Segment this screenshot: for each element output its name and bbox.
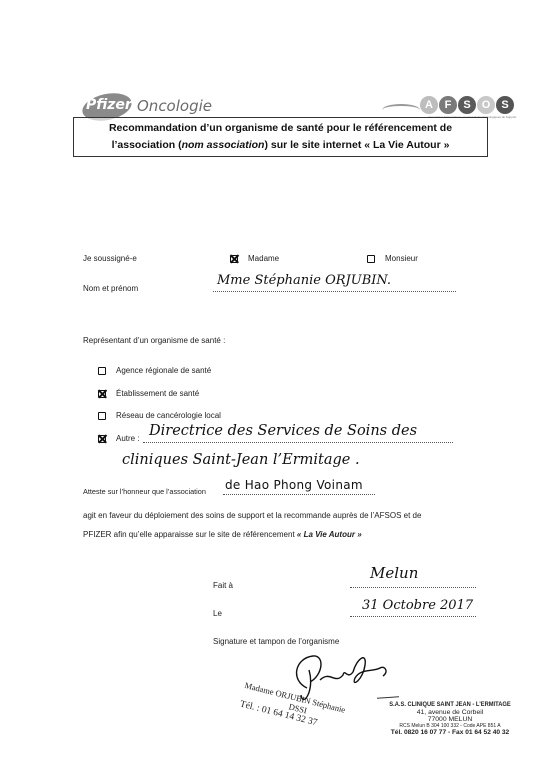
representant-label: Représentant d’un organisme de santé :: [83, 336, 225, 345]
soussigne-label: Je soussigné-e: [83, 254, 137, 263]
date-value: 31 Octobre 2017: [362, 598, 473, 613]
clinic-phone: Tél. 0820 16 07 77 - Fax 01 64 52 40 32: [380, 729, 520, 736]
etablissement-label: Établissement de santé: [116, 389, 199, 398]
afsos-swoosh: [382, 104, 420, 116]
association-value: de Hao Phong Voinam: [225, 478, 363, 492]
paragraph-line-2: PFIZER afin qu’elle apparaisse sur le si…: [83, 530, 362, 539]
title-line-2: l’association (nom association) sur le s…: [74, 139, 487, 151]
clinic-address: 41, avenue de Corbeil: [380, 709, 520, 716]
date-field[interactable]: 31 Octobre 2017: [350, 603, 476, 617]
afsos-letter-f: F: [439, 96, 457, 114]
title-line-1: Recommandation d’un organisme de santé p…: [74, 122, 487, 134]
atteste-label: Atteste sur l’honneur que l’association: [83, 487, 206, 496]
etablissement-checkbox[interactable]: [98, 390, 106, 398]
name-label: Nom et prénom: [83, 284, 138, 293]
autre-field-line1[interactable]: Directrice des Services de Soins des: [143, 428, 453, 443]
afsos-letter-s: S: [496, 96, 514, 114]
pfizer-brand: Pfizer: [86, 97, 132, 113]
clinic-name: S.A.S. CLINIQUE SAINT JEAN - L'ERMITAGE: [387, 701, 513, 708]
paragraph-line-1: agit en faveur du déploiement des soins …: [83, 511, 421, 520]
signature-label: Signature et tampon de l’organisme: [213, 637, 339, 646]
name-field[interactable]: Mme Stéphanie ORJUBIN.: [213, 276, 456, 292]
afsos-letter-s: S: [458, 96, 476, 114]
association-field[interactable]: de Hao Phong Voinam: [223, 481, 375, 495]
afsos-letter-o: O: [477, 96, 495, 114]
monsieur-label: Monsieur: [385, 254, 418, 263]
reseau-label: Réseau de cancérologie local: [116, 411, 221, 420]
monsieur-checkbox[interactable]: [367, 255, 375, 263]
clinic-stamp: S.A.S. CLINIQUE SAINT JEAN - L'ERMITAGE …: [380, 701, 520, 736]
autre-checkbox[interactable]: [98, 435, 106, 443]
fait-a-value: Melun: [370, 564, 418, 582]
name-value: Mme Stéphanie ORJUBIN.: [217, 273, 391, 288]
document-title-box: Recommandation d’un organisme de santé p…: [73, 117, 488, 157]
le-label: Le: [213, 609, 222, 618]
autre-value-line1: Directrice des Services de Soins des: [149, 423, 417, 439]
madame-checkbox[interactable]: [230, 255, 238, 263]
agence-regionale-checkbox[interactable]: [98, 367, 106, 375]
clinic-city: 77000 MELUN: [380, 716, 520, 723]
fait-a-field[interactable]: Melun: [350, 574, 476, 588]
agence-regionale-label: Agence régionale de santé: [116, 366, 211, 375]
oncologie-text: Oncologie: [137, 97, 212, 115]
autre-value-line2: cliniques Saint-Jean l’Ermitage .: [122, 452, 360, 468]
reseau-checkbox[interactable]: [98, 412, 106, 420]
madame-label: Madame: [248, 254, 279, 263]
fait-a-label: Fait à: [213, 581, 233, 590]
autre-label: Autre :: [116, 434, 140, 443]
afsos-letter-a: A: [420, 96, 438, 114]
afsos-logo: AFSOS Association Francophone pour les S…: [380, 94, 510, 118]
